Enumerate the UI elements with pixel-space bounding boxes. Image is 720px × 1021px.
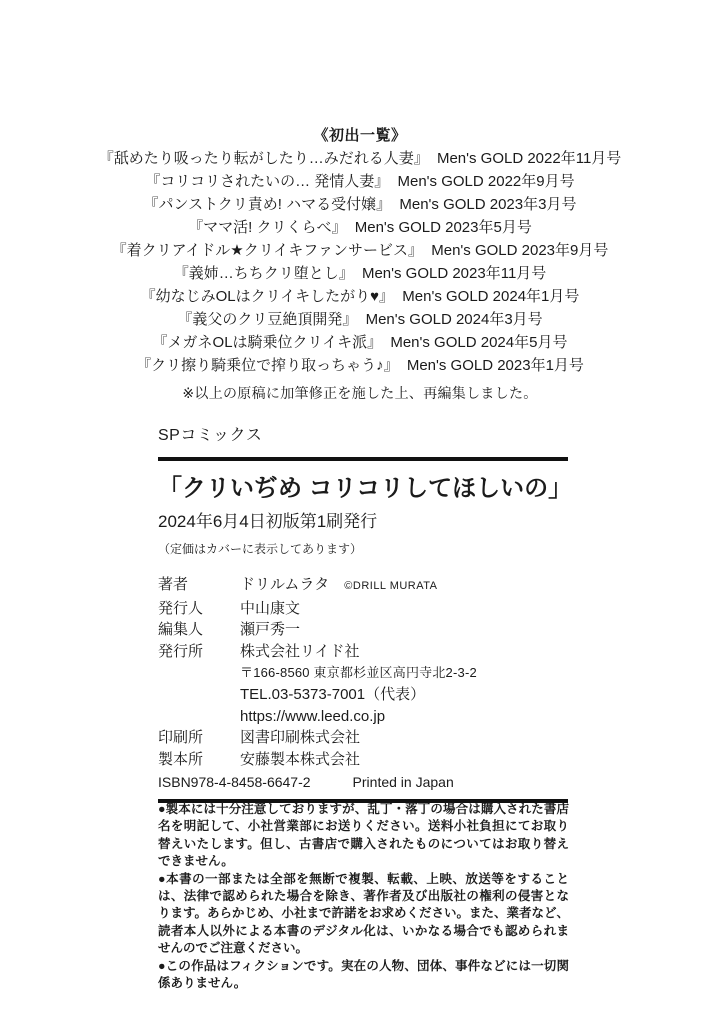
- publication-title: 『義姉…ちちクリ堕とし』: [174, 265, 354, 282]
- publication-title: 『パンストクリ責め! ハマる受付嬢』: [144, 196, 392, 213]
- publication-title: 『舐めたり吸ったり転がしたり…みだれる人妻』: [99, 150, 429, 167]
- credit-value: 株式会社リイド社: [240, 641, 360, 663]
- credit-value: 瀬戸秀一: [240, 619, 300, 641]
- printed-in-japan: Printed in Japan: [353, 774, 454, 790]
- publication-entry: 『パンストクリ責め! ハマる受付嬢』Men's GOLD 2023年3月号: [0, 193, 720, 216]
- publication-issue: Men's GOLD 2023年3月号: [399, 196, 576, 213]
- publication-issue: Men's GOLD 2023年1月号: [407, 357, 584, 374]
- copyright-notice: ©DRILL MURATA: [344, 576, 437, 598]
- credit-row-bindery: 製本所 安藤製本株式会社: [158, 749, 568, 771]
- publication-title: 『着クリアイドル★クリイキファンサービス』: [112, 242, 423, 259]
- publication-issue: Men's GOLD 2024年1月号: [402, 288, 579, 305]
- publisher-address: 〒166-8560 東京都杉並区高円寺北2-3-2: [240, 662, 477, 684]
- credit-value: ドリルムラタ: [240, 574, 329, 596]
- divider-rule-top: [158, 457, 568, 461]
- first-publication-list: 《初出一覧》 『舐めたり吸ったり転がしたり…みだれる人妻』Men's GOLD …: [0, 124, 720, 403]
- publication-entry: 『義姉…ちちクリ堕とし』Men's GOLD 2023年11月号: [0, 262, 720, 285]
- revision-note: ※以上の原稿に加筆修正を施した上、再編集しました。: [0, 383, 720, 403]
- credit-row-printer: 印刷所 図書印刷株式会社: [158, 727, 568, 749]
- credit-row-phone: TEL.03-5373-7001（代表）: [158, 684, 568, 706]
- publication-entry: 『クリ擦り騎乗位で搾り取っちゃう♪』Men's GOLD 2023年1月号: [0, 354, 720, 377]
- publication-title: 『義父のクリ豆絶頂開発』: [177, 311, 357, 328]
- publication-title: 『幼なじみOLはクリイキしたがり♥』: [141, 288, 394, 305]
- series-label: SPコミックス: [158, 426, 568, 446]
- publication-issue: Men's GOLD 2023年9月号: [431, 242, 608, 259]
- legal-paragraph-fiction: ●この作品はフィクションです。実在の人物、団体、事件などには一切関係ありません。: [158, 958, 569, 993]
- credit-value: 中山康文: [240, 598, 300, 620]
- publication-title: 『ママ活! クリくらべ』: [188, 219, 346, 236]
- credit-row-editor: 編集人 瀬戸秀一: [158, 619, 568, 641]
- publication-entry: 『舐めたり吸ったり転がしたり…みだれる人妻』Men's GOLD 2022年11…: [0, 147, 720, 170]
- publication-issue: Men's GOLD 2023年11月号: [362, 265, 546, 282]
- credit-value: 安藤製本株式会社: [240, 749, 360, 771]
- edition-line: 2024年6月4日初版第1刷発行: [158, 511, 568, 533]
- publication-entry: 『着クリアイドル★クリイキファンサービス』Men's GOLD 2023年9月号: [0, 239, 720, 262]
- publication-issue: Men's GOLD 2024年5月号: [390, 334, 567, 351]
- publisher-url: https://www.leed.co.jp: [240, 706, 385, 728]
- book-title: 「クリいぢめ コリコリしてほしいの」: [158, 474, 568, 504]
- credit-label: 発行所: [158, 641, 240, 663]
- publisher-phone: TEL.03-5373-7001（代表）: [240, 684, 425, 706]
- credit-row-publisher: 発行人 中山康文: [158, 598, 568, 620]
- credit-row-publishing-house: 発行所 株式会社リイド社: [158, 641, 568, 663]
- publication-issue: Men's GOLD 2022年9月号: [398, 173, 575, 190]
- credit-row-website: https://www.leed.co.jp: [158, 706, 568, 728]
- colophon-page: 《初出一覧》 『舐めたり吸ったり転がしたり…みだれる人妻』Men's GOLD …: [0, 0, 720, 1021]
- publication-entry: 『ママ活! クリくらべ』Men's GOLD 2023年5月号: [0, 216, 720, 239]
- publication-issue: Men's GOLD 2024年3月号: [366, 311, 543, 328]
- publication-entry: 『メガネOLは騎乗位クリイキ派』Men's GOLD 2024年5月号: [0, 331, 720, 354]
- credit-row-address: 〒166-8560 東京都杉並区高円寺北2-3-2: [158, 662, 568, 684]
- credits-table: 著者 ドリルムラタ ©DRILL MURATA 発行人 中山康文 編集人 瀬戸秀…: [158, 574, 568, 770]
- credit-row-author: 著者 ドリルムラタ ©DRILL MURATA: [158, 574, 568, 598]
- colophon-block: SPコミックス 「クリいぢめ コリコリしてほしいの」 2024年6月4日初版第1…: [158, 426, 568, 803]
- publication-title: 『メガネOLは騎乗位クリイキ派』: [153, 334, 383, 351]
- credit-label: 印刷所: [158, 727, 240, 749]
- credit-label: 製本所: [158, 749, 240, 771]
- publication-entry: 『義父のクリ豆絶頂開発』Men's GOLD 2024年3月号: [0, 308, 720, 331]
- legal-paragraph-copyright: ●本書の一部または全部を無断で複製、転載、上映、放送等をすることは、法律で認めら…: [158, 871, 569, 958]
- credit-value: 図書印刷株式会社: [240, 727, 360, 749]
- isbn-row: ISBN978-4-8458-6647-2Printed in Japan: [158, 773, 568, 792]
- credit-label: 発行人: [158, 598, 240, 620]
- publication-entry: 『コリコリされたいの… 発情人妻』Men's GOLD 2022年9月号: [0, 170, 720, 193]
- publication-entry: 『幼なじみOLはクリイキしたがり♥』Men's GOLD 2024年1月号: [0, 285, 720, 308]
- publication-issue: Men's GOLD 2022年11月号: [437, 150, 621, 167]
- publication-title: 『クリ擦り騎乗位で搾り取っちゃう♪』: [136, 357, 399, 374]
- legal-notices: ●製本には十分注意しておりますが、乱丁・落丁の場合は購入された書店名を明記して、…: [158, 801, 569, 992]
- credit-label: 編集人: [158, 619, 240, 641]
- isbn-number: ISBN978-4-8458-6647-2: [158, 774, 311, 790]
- publication-issue: Men's GOLD 2023年5月号: [355, 219, 532, 236]
- first-publication-header: 《初出一覧》: [0, 124, 720, 147]
- price-note: （定価はカバーに表示してあります）: [158, 541, 568, 557]
- legal-paragraph-binding: ●製本には十分注意しておりますが、乱丁・落丁の場合は購入された書店名を明記して、…: [158, 801, 569, 871]
- publication-title: 『コリコリされたいの… 発情人妻』: [145, 173, 389, 190]
- credit-label: 著者: [158, 574, 240, 596]
